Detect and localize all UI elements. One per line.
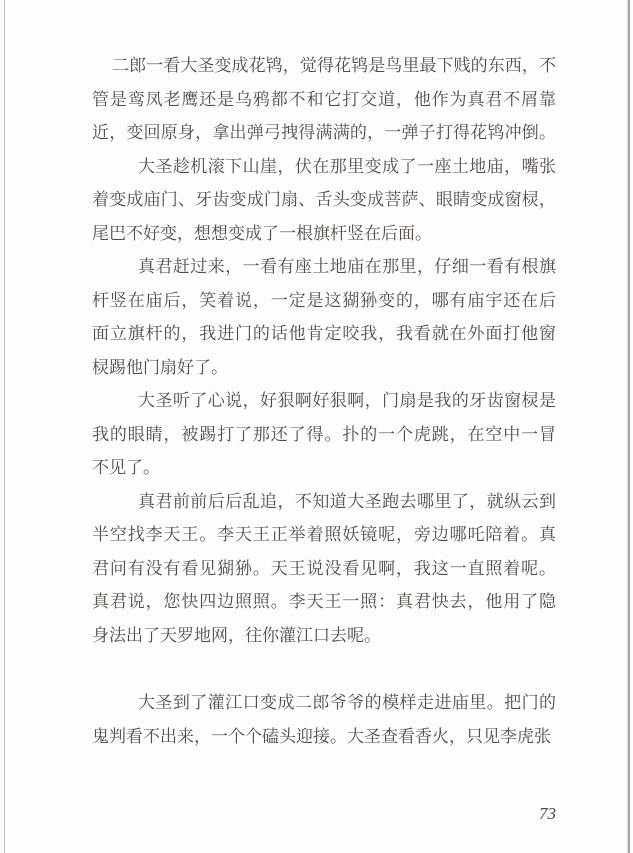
text-line: 真君赶过来，一看有座土地庙在那里，仔细一看有根旗 <box>92 250 556 284</box>
text-line: 身法出了天罗地网，往你灌江口去呢。 <box>92 619 556 653</box>
page-left-edge <box>4 0 5 853</box>
paragraph-5: 真君前前后后乱追，不知道大圣跑去哪里了，就纵云到 半空找李天王。李天王正举着照妖… <box>92 485 556 653</box>
text-line: 我的眼睛，被踢打了那还了得。扑的一个虎跳，在空中一冒 <box>92 418 556 452</box>
text-line: 管是鸾凤老鹰还是乌鸦都不和它打交道，他作为真君不屑靠 <box>92 83 556 117</box>
text-block: 二郎一看大圣变成花鸨，觉得花鸨是鸟里最下贱的东西，不 管是鸾凤老鹰还是乌鸦都不和… <box>92 49 556 753</box>
text-line: 近，变回原身，拿出弹弓拽得满满的，一弹子打得花鸨冲倒。 <box>92 116 556 150</box>
text-line: 杆竖在庙后，笑着说，一定是这猢狲变的，哪有庙宇还在后 <box>92 284 556 318</box>
text-line: 大圣趁机滚下山崖，伏在那里变成了一座土地庙，嘴张 <box>92 150 556 184</box>
text-line: 面立旗杆的，我进门的话他肯定咬我，我看就在外面打他窗 <box>92 317 556 351</box>
text-line: 真君说，您快四边照照。李天王一照：真君快去，他用了隐 <box>92 585 556 619</box>
text-line: 棂踢他门扇好了。 <box>92 351 556 385</box>
text-line: 半空找李天王。李天王正举着照妖镜呢，旁边哪吒陪着。真 <box>92 518 556 552</box>
page-number: 73 <box>92 804 556 824</box>
text-line: 鬼判看不出来，一个个磕头迎接。大圣查看香火，只见李虎张 <box>92 720 556 754</box>
text-line: 二郎一看大圣变成花鸨，觉得花鸨是鸟里最下贱的东西，不 <box>92 49 556 83</box>
text-line: 着变成庙门、牙齿变成门扇、舌头变成菩萨、眼睛变成窗棂， <box>92 183 556 217</box>
text-line: 不见了。 <box>92 451 556 485</box>
paragraph-6: 大圣到了灌江口变成二郎爷爷的模样走进庙里。把门的 鬼判看不出来，一个个磕头迎接。… <box>92 686 556 753</box>
text-line: 大圣到了灌江口变成二郎爷爷的模样走进庙里。把门的 <box>92 686 556 720</box>
paragraph-1: 二郎一看大圣变成花鸨，觉得花鸨是鸟里最下贱的东西，不 管是鸾凤老鹰还是乌鸦都不和… <box>92 49 556 150</box>
paragraph-4: 大圣听了心说，好狠啊好狠啊，门扇是我的牙齿窗棂是 我的眼睛，被踢打了那还了得。扑… <box>92 384 556 485</box>
page-right-edge <box>627 0 630 853</box>
text-line: 大圣听了心说，好狠啊好狠啊，门扇是我的牙齿窗棂是 <box>92 384 556 418</box>
text-line: 尾巴不好变，想想变成了一根旗杆竖在后面。 <box>92 217 556 251</box>
document-page: 二郎一看大圣变成花鸨，觉得花鸨是鸟里最下贱的东西，不 管是鸾凤老鹰还是乌鸦都不和… <box>0 0 633 853</box>
text-line: 君问有没有看见猢狲。天王说没看见啊，我这一直照着呢。 <box>92 552 556 586</box>
paragraph-3: 真君赶过来，一看有座土地庙在那里，仔细一看有根旗 杆竖在庙后，笑着说，一定是这猢… <box>92 250 556 384</box>
text-line: 真君前前后后乱追，不知道大圣跑去哪里了，就纵云到 <box>92 485 556 519</box>
paragraph-2: 大圣趁机滚下山崖，伏在那里变成了一座土地庙，嘴张 着变成庙门、牙齿变成门扇、舌头… <box>92 150 556 251</box>
